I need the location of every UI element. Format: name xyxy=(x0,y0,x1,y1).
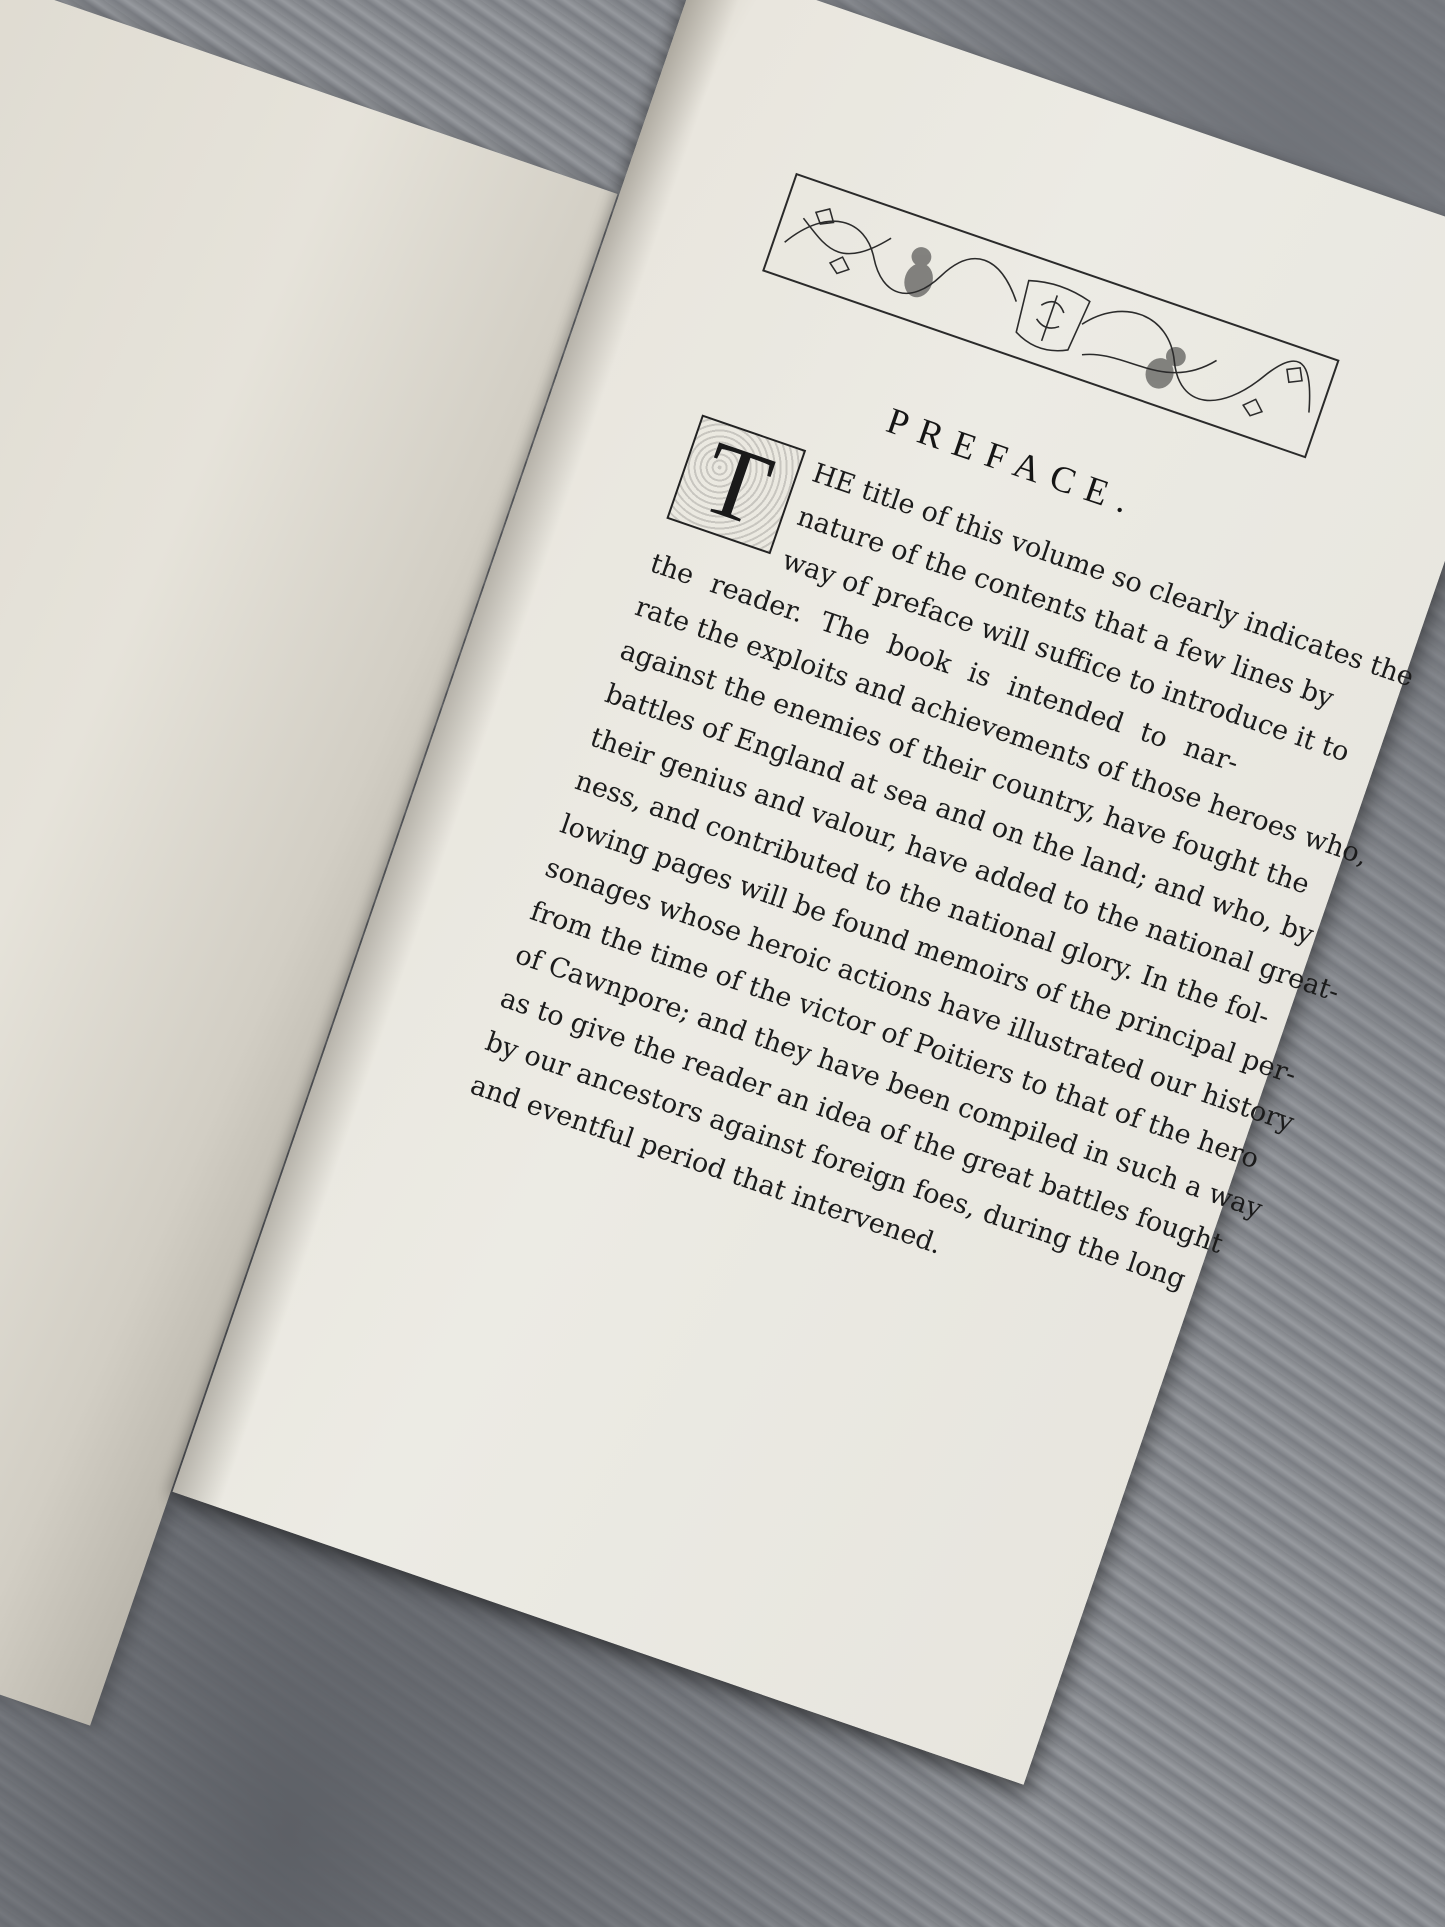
drop-cap-letter: T xyxy=(689,425,783,544)
preface-paragraph: T HE title of this volume so clearly ind… xyxy=(464,411,1290,1309)
book-photo-scene: PREFACE. T HE title of this volume so cl… xyxy=(0,0,1445,1927)
